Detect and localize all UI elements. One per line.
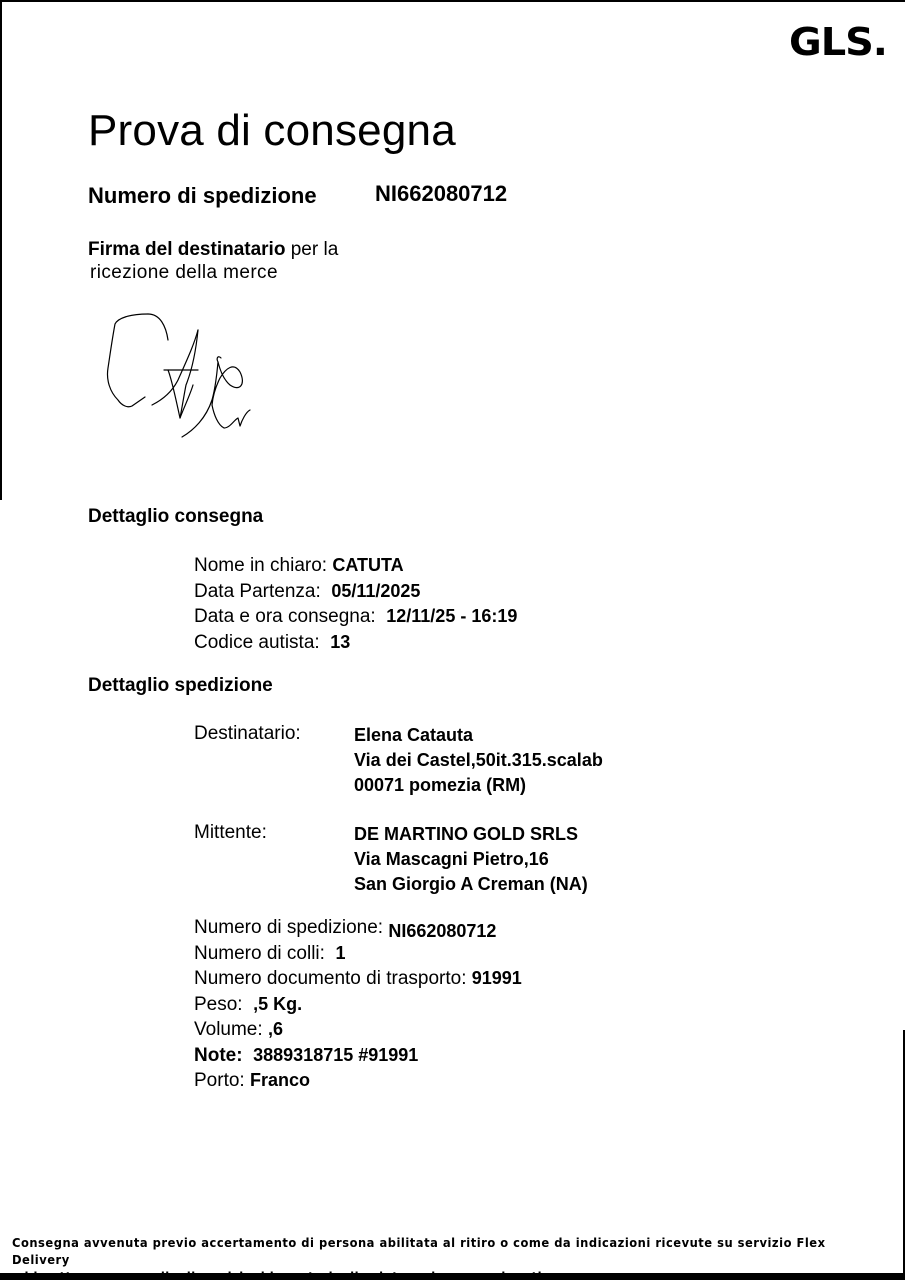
shipment-row-parcels: Numero di colli: 1 bbox=[194, 941, 522, 967]
footer-line-2: ed in ottemperanza alle disposizioni in … bbox=[12, 1268, 834, 1280]
signature-caption-bold: Firma del destinatario bbox=[88, 239, 285, 260]
field-value: ,6 bbox=[268, 1019, 283, 1039]
field-value: 12/11/25 - 16:19 bbox=[386, 606, 517, 626]
recipient-name: Elena Catauta bbox=[354, 723, 603, 748]
field-label: Data e ora consegna: bbox=[194, 606, 376, 627]
field-value: 13 bbox=[330, 632, 350, 652]
shipment-info-list: Numero di spedizione: NI662080712 Numero… bbox=[194, 915, 522, 1094]
field-value: ,5 Kg. bbox=[253, 994, 302, 1014]
field-label: Numero di colli: bbox=[194, 943, 325, 964]
shipment-number-value: NI662080712 bbox=[375, 181, 507, 207]
field-label: Numero documento di trasporto: bbox=[194, 968, 466, 989]
recipient-address: Elena Catauta Via dei Castel,50it.315.sc… bbox=[354, 723, 603, 798]
signature-caption-rest: per la bbox=[285, 239, 338, 260]
field-value: 3889318715 #91991 bbox=[253, 1045, 418, 1065]
field-label: Porto: bbox=[194, 1070, 245, 1091]
shipment-row-port: Porto: Franco bbox=[194, 1068, 522, 1094]
field-label: Numero di spedizione: bbox=[194, 917, 383, 938]
field-label: Codice autista: bbox=[194, 632, 320, 653]
field-value: Franco bbox=[250, 1070, 310, 1090]
gls-logo: GLS. bbox=[789, 20, 887, 64]
recipient-signature bbox=[90, 300, 270, 450]
shipment-row-transport-doc: Numero documento di trasporto: 91991 bbox=[194, 966, 522, 992]
shipment-detail-heading: Dettaglio spedizione bbox=[88, 675, 273, 697]
page-title: Prova di consegna bbox=[88, 106, 456, 156]
recipient-label: Destinatario: bbox=[194, 723, 301, 745]
shipment-row-volume: Volume: ,6 bbox=[194, 1017, 522, 1043]
sender-name: DE MARTINO GOLD SRLS bbox=[354, 822, 588, 847]
field-label: Nome in chiaro: bbox=[194, 555, 327, 576]
field-value: CATUTA bbox=[332, 555, 403, 575]
field-label: Peso: bbox=[194, 994, 243, 1015]
recipient-street: Via dei Castel,50it.315.scalab bbox=[354, 748, 603, 773]
delivery-detail-list: Nome in chiaro: CATUTA Data Partenza: 05… bbox=[194, 553, 517, 655]
delivery-row-driver: Codice autista: 13 bbox=[194, 630, 517, 656]
recipient-city: 00071 pomezia (RM) bbox=[354, 773, 603, 798]
signature-caption: Firma del destinatario per la ricezione … bbox=[88, 238, 338, 284]
sender-address: DE MARTINO GOLD SRLS Via Mascagni Pietro… bbox=[354, 822, 588, 897]
footer-line-1: Consegna avvenuta previo accertamento di… bbox=[12, 1234, 834, 1268]
sender-label: Mittente: bbox=[194, 822, 267, 844]
sender-city: San Giorgio A Creman (NA) bbox=[354, 872, 588, 897]
delivery-row-departure: Data Partenza: 05/11/2025 bbox=[194, 579, 517, 605]
signature-caption-line2: ricezione della merce bbox=[88, 261, 338, 284]
delivery-row-name: Nome in chiaro: CATUTA bbox=[194, 553, 517, 579]
delivery-row-datetime: Data e ora consegna: 12/11/25 - 16:19 bbox=[194, 604, 517, 630]
field-label: Volume: bbox=[194, 1019, 263, 1040]
field-label: Note: bbox=[194, 1045, 243, 1066]
field-label: Data Partenza: bbox=[194, 581, 321, 602]
page-border-left bbox=[0, 0, 2, 500]
shipment-number-label: Numero di spedizione bbox=[88, 183, 317, 209]
footer-disclaimer: Consegna avvenuta previo accertamento di… bbox=[12, 1234, 834, 1280]
field-value: 05/11/2025 bbox=[331, 581, 420, 601]
shipment-row-notes: Note: 3889318715 #91991 bbox=[194, 1043, 522, 1069]
field-value: 1 bbox=[336, 943, 346, 963]
sender-street: Via Mascagni Pietro,16 bbox=[354, 847, 588, 872]
page-border-top bbox=[0, 0, 905, 2]
field-value: NI662080712 bbox=[388, 921, 496, 941]
field-value: 91991 bbox=[472, 968, 522, 988]
shipment-row-number: Numero di spedizione: NI662080712 bbox=[194, 915, 522, 941]
shipment-row-weight: Peso: ,5 Kg. bbox=[194, 992, 522, 1018]
delivery-detail-heading: Dettaglio consegna bbox=[88, 506, 263, 528]
